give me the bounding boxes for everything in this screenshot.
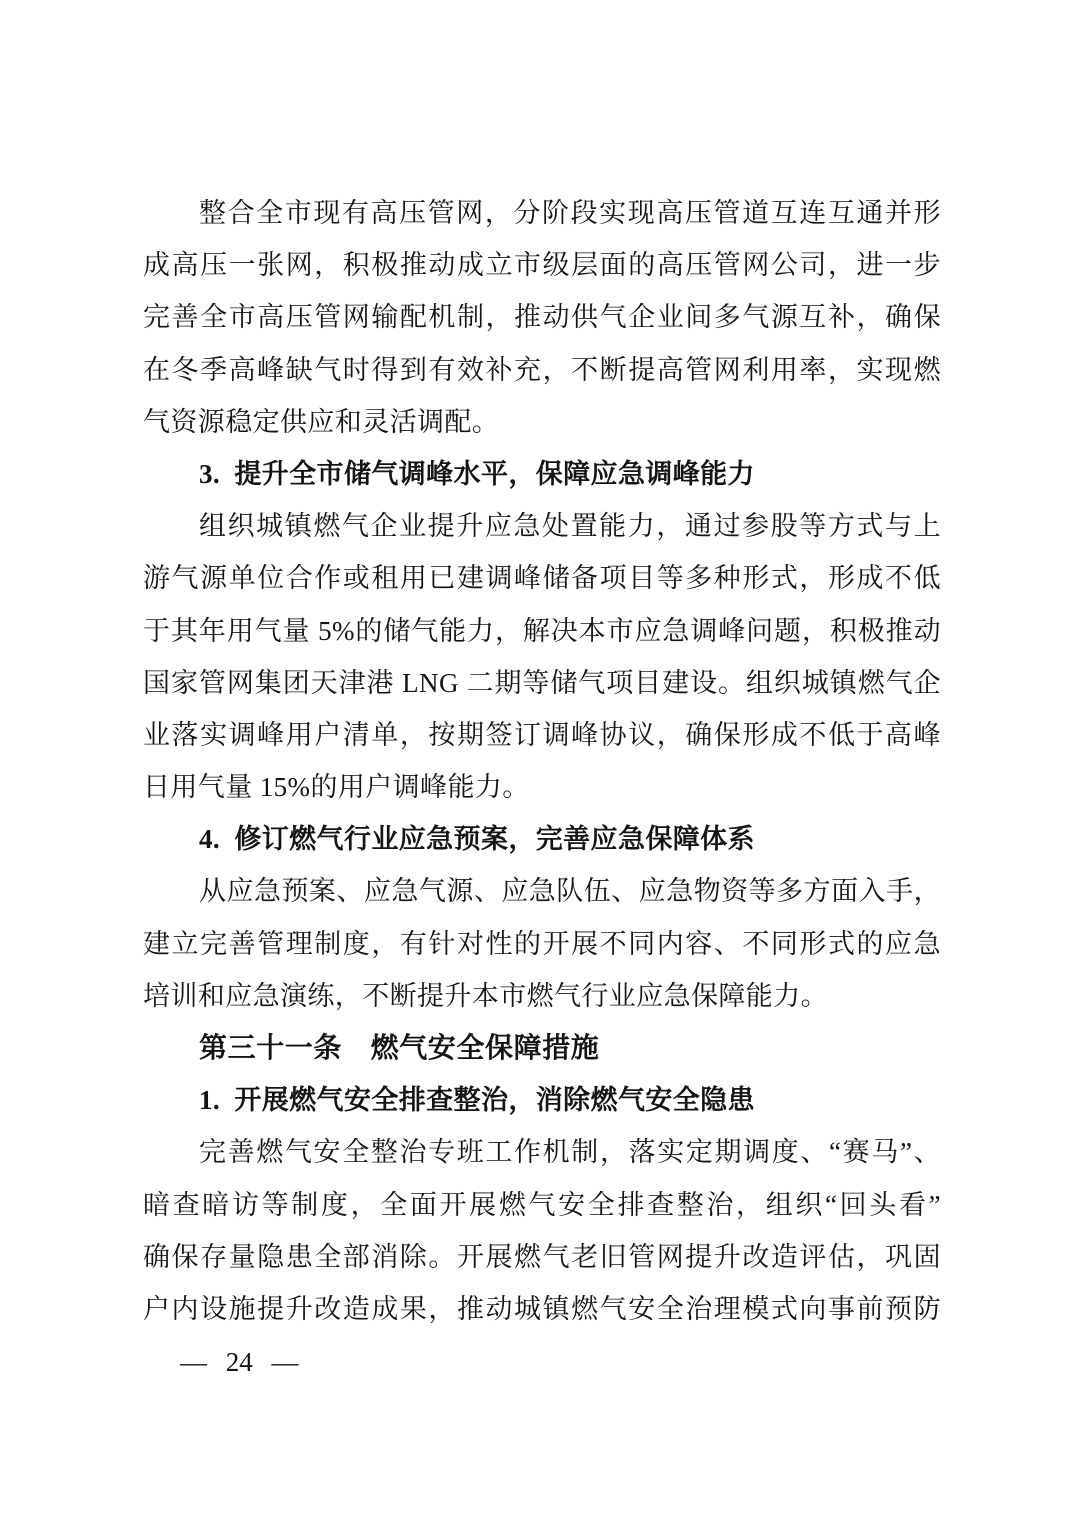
subheading: 4. 修订燃气行业应急预案，完善应急保障体系 bbox=[143, 813, 941, 865]
paragraph: 完善燃气安全整治专班工作机制，落实定期调度、“赛马”、暗查暗访等制度，全面开展燃… bbox=[143, 1126, 941, 1335]
body-text-line: 业落实调峰用户清单，按期签订调峰协议，确保形成不低于高峰 bbox=[143, 709, 941, 761]
heading-text-line: 第三十一条 燃气安全保障措施 bbox=[143, 1022, 941, 1074]
heading-text-line: 4. 修订燃气行业应急预案，完善应急保障体系 bbox=[143, 813, 941, 865]
body-text-line: 完善全市高压管网输配机制，推动供气企业间多气源互补，确保 bbox=[143, 291, 941, 343]
article-heading: 第三十一条 燃气安全保障措施 bbox=[143, 1022, 941, 1074]
subheading: 1. 开展燃气安全排查整治，消除燃气安全隐患 bbox=[143, 1074, 941, 1126]
page-number: — 24 — bbox=[180, 1347, 299, 1377]
body-text-line: 于其年用气量 5%的储气能力，解决本市应急调峰问题，积极推动 bbox=[143, 605, 941, 657]
body-text-line: 建立完善管理制度，有针对性的开展不同内容、不同形式的应急 bbox=[143, 918, 941, 970]
body-text-line: 完善燃气安全整治专班工作机制，落实定期调度、“赛马”、 bbox=[143, 1126, 941, 1178]
paragraph: 组织城镇燃气企业提升应急处置能力，通过参股等方式与上游气源单位合作或租用已建调峰… bbox=[143, 500, 941, 813]
body-text-line: 日用气量 15%的用户调峰能力。 bbox=[143, 761, 941, 813]
body-text-line: 游气源单位合作或租用已建调峰储备项目等多种形式，形成不低 bbox=[143, 552, 941, 604]
body-text-line: 成高压一张网，积极推动成立市级层面的高压管网公司，进一步 bbox=[143, 239, 941, 291]
body-text-line: 整合全市现有高压管网，分阶段实现高压管道互连互通并形 bbox=[143, 187, 941, 239]
subheading: 3. 提升全市储气调峰水平，保障应急调峰能力 bbox=[143, 448, 941, 500]
body-text-line: 暗查暗访等制度，全面开展燃气安全排查整治，组织“回头看” bbox=[143, 1179, 941, 1231]
heading-text-line: 3. 提升全市储气调峰水平，保障应急调峰能力 bbox=[143, 448, 941, 500]
document-page: 整合全市现有高压管网，分阶段实现高压管道互连互通并形成高压一张网，积极推动成立市… bbox=[0, 0, 1074, 1520]
body-text-line: 从应急预案、应急气源、应急队伍、应急物资等多方面入手， bbox=[143, 865, 941, 917]
body-text-line: 气资源稳定供应和灵活调配。 bbox=[143, 396, 941, 448]
body-text-line: 在冬季高峰缺气时得到有效补充，不断提高管网利用率，实现燃 bbox=[143, 344, 941, 396]
body-text-line: 户内设施提升改造成果，推动城镇燃气安全治理模式向事前预防 bbox=[143, 1283, 941, 1335]
heading-text-line: 1. 开展燃气安全排查整治，消除燃气安全隐患 bbox=[143, 1074, 941, 1126]
paragraph: 从应急预案、应急气源、应急队伍、应急物资等多方面入手，建立完善管理制度，有针对性… bbox=[143, 865, 941, 1022]
body-text-line: 国家管网集团天津港 LNG 二期等储气项目建设。组织城镇燃气企 bbox=[143, 657, 941, 709]
paragraph: 整合全市现有高压管网，分阶段实现高压管道互连互通并形成高压一张网，积极推动成立市… bbox=[143, 187, 941, 448]
body-text-line: 确保存量隐患全部消除。开展燃气老旧管网提升改造评估，巩固 bbox=[143, 1231, 941, 1283]
body-text-line: 组织城镇燃气企业提升应急处置能力，通过参股等方式与上 bbox=[143, 500, 941, 552]
page-footer: — 24 — bbox=[180, 1342, 299, 1382]
body-text-line: 培训和应急演练，不断提升本市燃气行业应急保障能力。 bbox=[143, 970, 941, 1022]
document-text-block: 整合全市现有高压管网，分阶段实现高压管道互连互通并形成高压一张网，积极推动成立市… bbox=[143, 187, 941, 1335]
